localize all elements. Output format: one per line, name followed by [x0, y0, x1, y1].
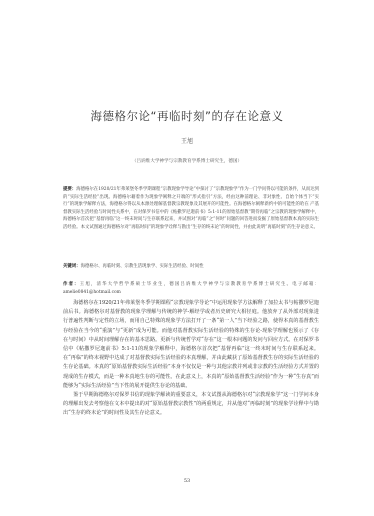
body-paragraph: 鉴于早期海德格尔对保罗书信的现象学解读的重要意义，本文试图从海德格尔对“宗教现象… — [63, 391, 319, 419]
abstract-text: 海德格尔在1920/21年弗莱堡冬季学期课程“宗教现象学导论”中探讨了“宗教现象… — [63, 187, 319, 230]
abstract-label: 提要： — [63, 187, 76, 192]
author-name: 王旭 — [0, 136, 374, 145]
page-number: 53 — [0, 478, 374, 484]
author-info: 作者：王旭，清华大学哲学系硕士毕业生，德国吕讷维大学神学与宗教教育学系博士研究生… — [63, 281, 319, 296]
body-paragraph: 海德格尔在1920/21年弗莱堡冬季学期课程“宗教现象学导论”中运用现象学方法解… — [63, 299, 319, 391]
keywords-text: 海德格尔、再临时刻、宗教生活现象学、实际生活经验、时间性 — [81, 264, 204, 269]
author-info-label: 作者： — [63, 282, 80, 287]
keywords-label: 关键词： — [63, 264, 81, 269]
author-affiliation: （吕讷维大学神学与宗教教育学系博士研究生，德国） — [0, 158, 374, 164]
author-info-text: 王旭，清华大学哲学系硕士毕业生，德国吕讷维大学神学与宗教教育学系博士研究生。电子… — [63, 282, 319, 295]
abstract: 提要：海德格尔在1920/21年弗莱堡冬季学期课程“宗教现象学导论”中探讨了“宗… — [63, 186, 319, 232]
body-text: 海德格尔在1920/21年弗莱堡冬季学期课程“宗教现象学导论”中运用现象学方法解… — [63, 299, 319, 419]
paper-title: 海德格尔论“再临时刻”的存在论意义 — [0, 108, 374, 124]
keywords: 关键词：海德格尔、再临时刻、宗教生活现象学、实际生活经验、时间性 — [63, 263, 319, 271]
document-page: 海德格尔论“再临时刻”的存在论意义 王旭 （吕讷维大学神学与宗教教育学系博士研究… — [0, 0, 374, 516]
